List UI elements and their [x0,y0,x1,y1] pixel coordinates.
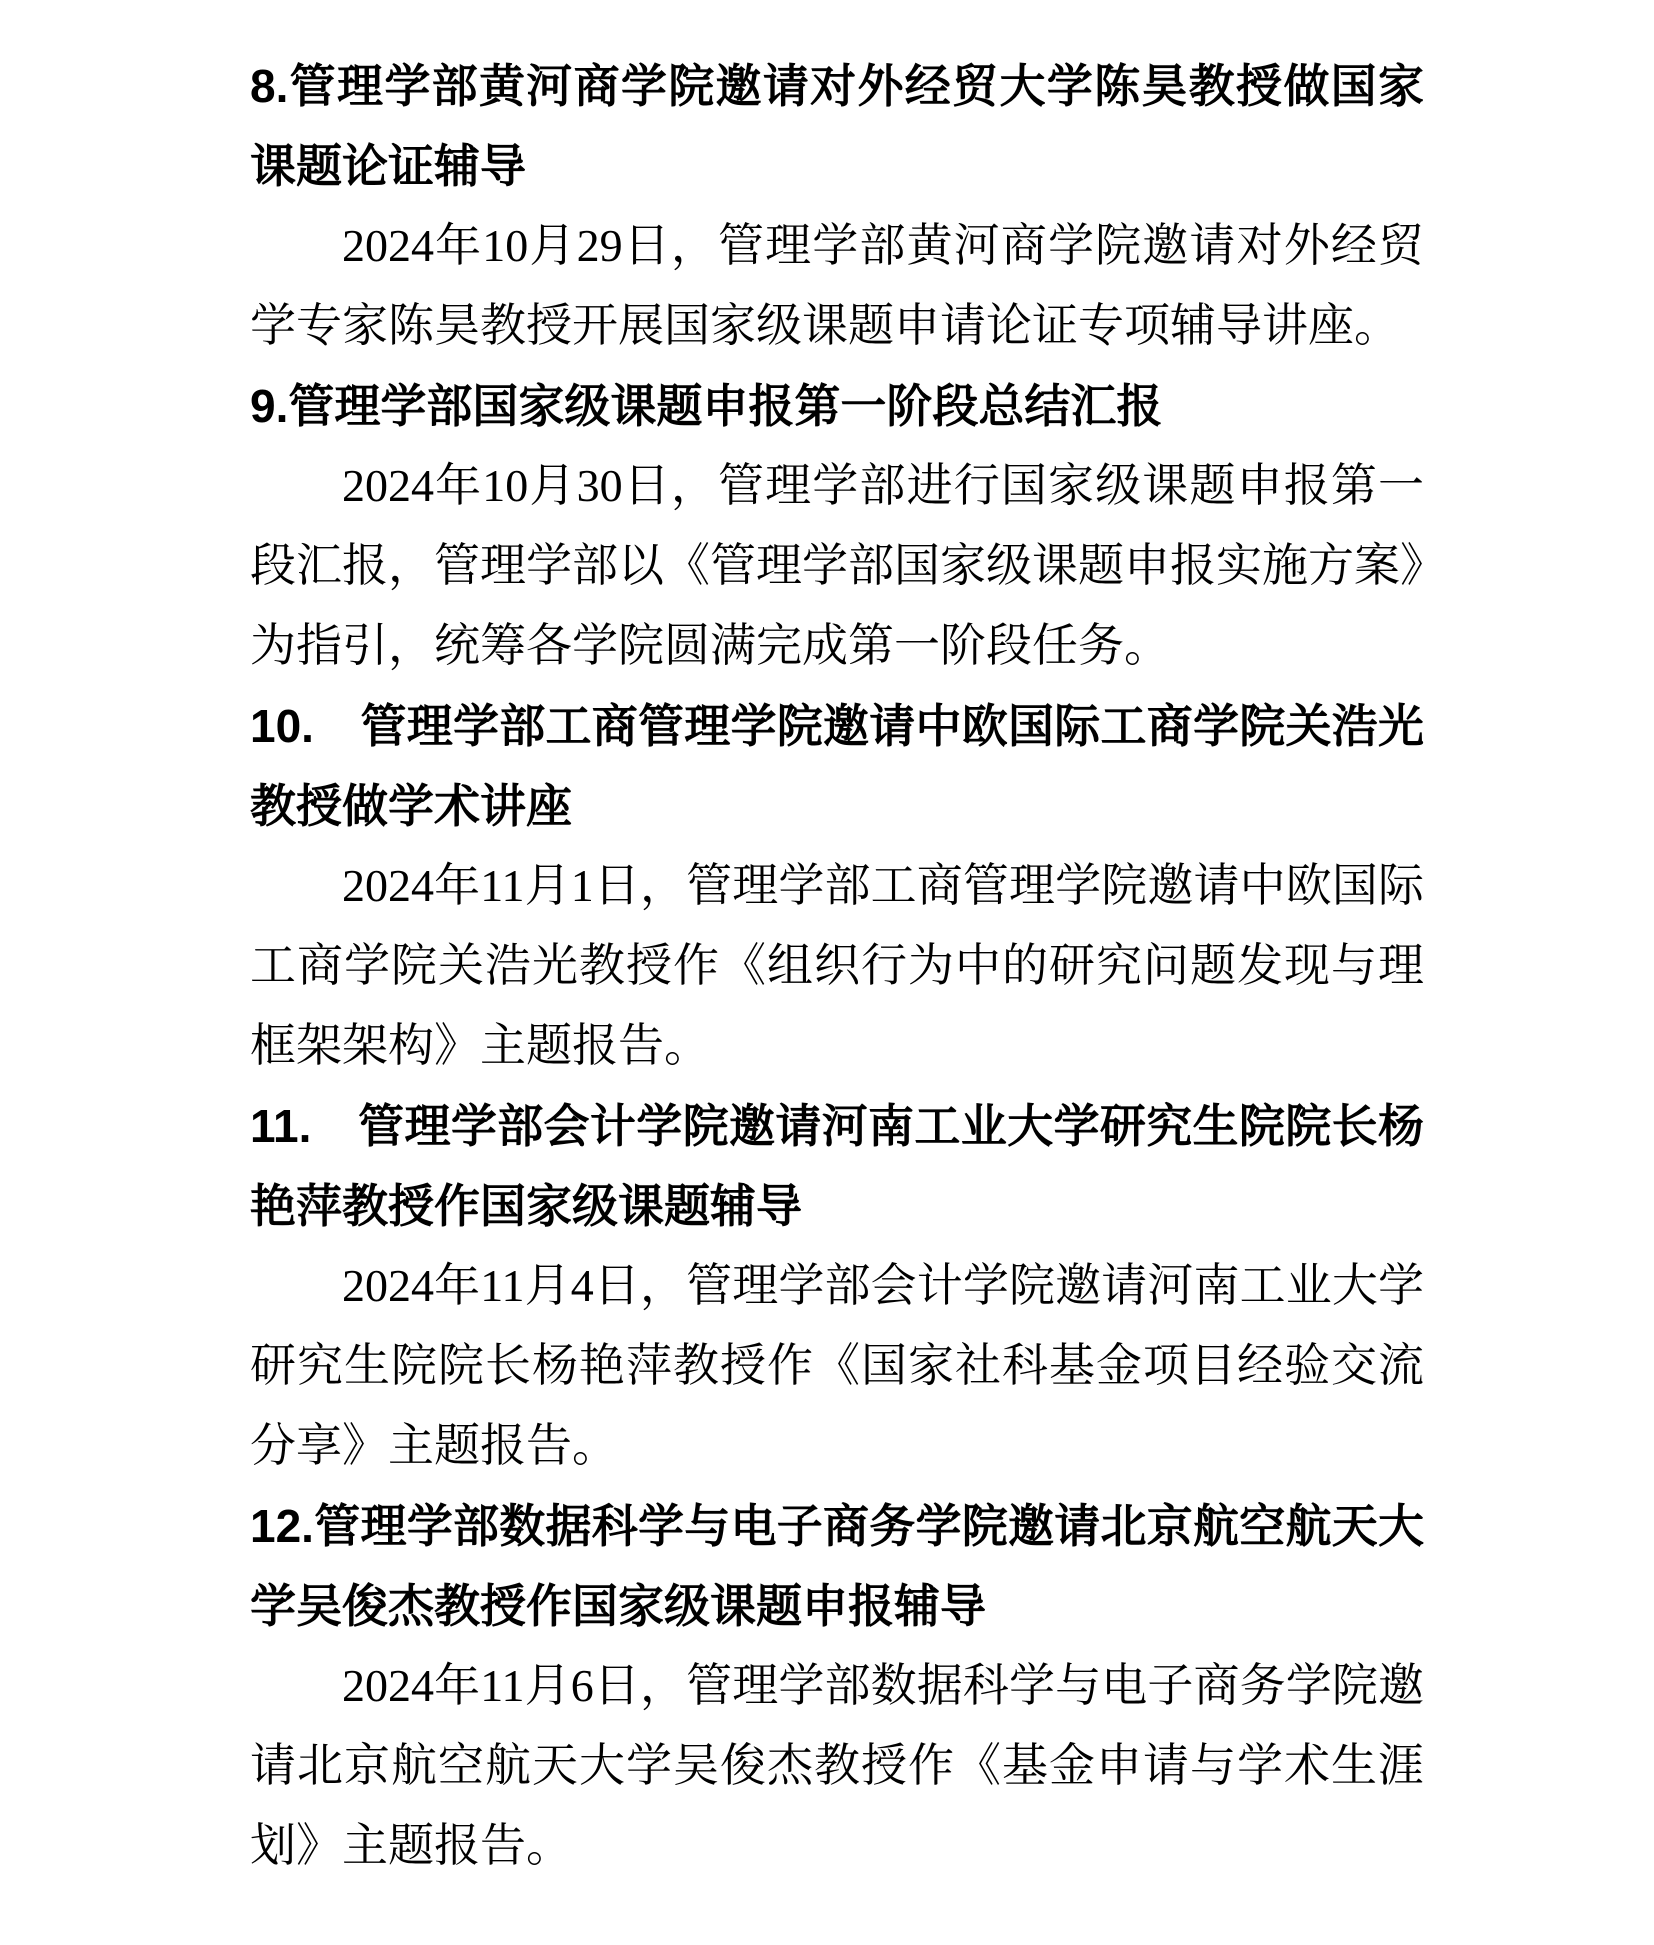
section-10-body-line: 2024年11月1日，管理学部工商管理学院邀请中欧国际 [250,846,1424,926]
section-11-body-line: 分享》主题报告。 [250,1406,1424,1486]
section-12-body-line: 请北京航空航天大学吴俊杰教授作《基金申请与学术生涯规 [250,1726,1424,1806]
section-8-body-line: 学专家陈昊教授开展国家级课题申请论证专项辅导讲座。 [250,286,1424,366]
section-11-heading-line: 11. 管理学部会计学院邀请河南工业大学研究生院院长杨 [250,1086,1424,1166]
section-8-heading-line: 8.管理学部黄河商学院邀请对外经贸大学陈昊教授做国家级 [250,46,1424,126]
section-9-heading-line: 9.管理学部国家级课题申报第一阶段总结汇报 [250,366,1424,446]
section-8-body-line: 2024年10月29日，管理学部黄河商学院邀请对外经贸大 [250,206,1424,286]
section-9-body-line: 段汇报，管理学部以《管理学部国家级课题申报实施方案》 [250,526,1424,606]
section-11-heading-line: 艳萍教授作国家级课题辅导 [250,1166,1424,1246]
section-10-body-line: 工商学院关浩光教授作《组织行为中的研究问题发现与理论 [250,926,1424,1006]
section-11-body-line: 2024年11月4日，管理学部会计学院邀请河南工业大学 [250,1246,1424,1326]
section-12-heading-line: 12.管理学部数据科学与电子商务学院邀请北京航空航天大 [250,1486,1424,1566]
document-content: 8.管理学部黄河商学院邀请对外经贸大学陈昊教授做国家级 课题论证辅导 2024年… [250,46,1424,1886]
section-12: 12.管理学部数据科学与电子商务学院邀请北京航空航天大 学吴俊杰教授作国家级课题… [250,1486,1424,1886]
section-12-heading-line: 学吴俊杰教授作国家级课题申报辅导 [250,1566,1424,1646]
section-8: 8.管理学部黄河商学院邀请对外经贸大学陈昊教授做国家级 课题论证辅导 2024年… [250,46,1424,366]
document-page: 8.管理学部黄河商学院邀请对外经贸大学陈昊教授做国家级 课题论证辅导 2024年… [0,0,1654,1945]
section-9-body-line: 为指引，统筹各学院圆满完成第一阶段任务。 [250,606,1424,686]
section-10: 10. 管理学部工商管理学院邀请中欧国际工商学院关浩光 教授做学术讲座 2024… [250,686,1424,1086]
section-10-body-line: 框架架构》主题报告。 [250,1006,1424,1086]
section-9-body-line: 2024年10月30日，管理学部进行国家级课题申报第一阶 [250,446,1424,526]
section-11-body-line: 研究生院院长杨艳萍教授作《国家社科基金项目经验交流与 [250,1326,1424,1406]
section-10-heading-line: 教授做学术讲座 [250,766,1424,846]
section-12-body-line: 2024年11月6日，管理学部数据科学与电子商务学院邀 [250,1646,1424,1726]
section-9: 9.管理学部国家级课题申报第一阶段总结汇报 2024年10月30日，管理学部进行… [250,366,1424,686]
section-10-heading-line: 10. 管理学部工商管理学院邀请中欧国际工商学院关浩光 [250,686,1424,766]
section-11: 11. 管理学部会计学院邀请河南工业大学研究生院院长杨 艳萍教授作国家级课题辅导… [250,1086,1424,1486]
section-12-body-line: 划》主题报告。 [250,1806,1424,1886]
section-8-heading-line: 课题论证辅导 [250,126,1424,206]
